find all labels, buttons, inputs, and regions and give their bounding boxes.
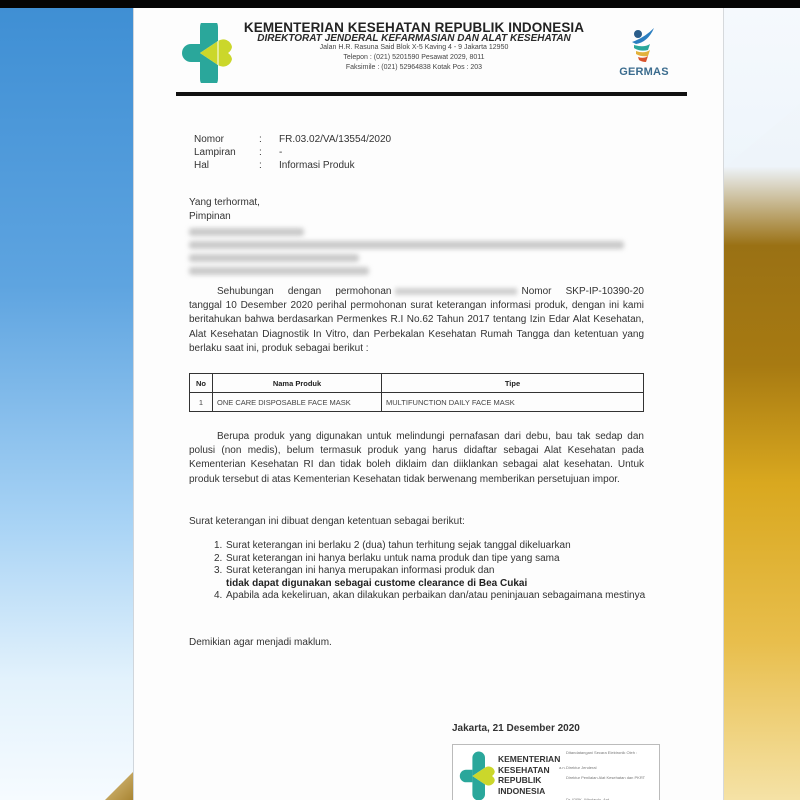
redacted-address-2 (189, 254, 359, 262)
list-item: 4.Apabila ada kekeliruan, akan dilakukan… (214, 590, 654, 603)
kemenkes-logo-icon (457, 751, 499, 800)
table-header: No Nama Produk Tipe (190, 374, 644, 393)
fax-line: Faksimile : (021) 52964838 Kotak Pos : 2… (214, 64, 614, 71)
table-row: 1 ONE CARE DISPOSABLE FACE MASK MULTIFUN… (190, 393, 644, 412)
top-border (0, 0, 800, 8)
meta-nomor: Nomor:FR.03.02/VA/13554/2020 (194, 134, 391, 147)
germas-figure-icon (614, 26, 674, 66)
redacted-address-1 (189, 241, 624, 249)
signature-org: KEMENTERIAN KESEHATAN REPUBLIK INDONESIA (498, 754, 560, 796)
background-left (0, 8, 133, 800)
phone-line: Telepon : (021) 5201590 Pesawat 2029, 80… (214, 54, 614, 61)
redacted-company (189, 228, 304, 236)
letterhead-rule (176, 92, 687, 96)
address-line: Jalan H.R. Rasuna Said Blok X-5 Kaving 4… (214, 44, 614, 51)
letter-meta: Nomor:FR.03.02/VA/13554/2020 Lampiran:- … (194, 134, 391, 173)
directorate-name: DIREKTORAT JENDERAL KEFARMASIAN DAN ALAT… (214, 33, 614, 44)
recipient-block: Yang terhormat, Pimpinan (189, 196, 624, 280)
closing-line: Demikian agar menjadi maklum. (189, 637, 332, 648)
signer-role-1: Direktur Jenderal (566, 765, 596, 770)
on-behalf-label: a.n. (559, 765, 566, 770)
letter-date: Jakarta, 21 Desember 2020 (452, 723, 580, 734)
letter-page: KEMENTERIAN KESEHATAN REPUBLIK INDONESIA… (133, 8, 724, 800)
recipient-title: Pimpinan (189, 210, 624, 224)
signer-role-2: Direktur Penilaian Alat Kesehatan dan PK… (566, 775, 645, 780)
germas-label: GERMAS (614, 66, 674, 78)
terms-list: 1.Surat keterangan ini berlaku 2 (dua) t… (214, 540, 654, 603)
list-item: 1.Surat keterangan ini berlaku 2 (dua) t… (214, 540, 654, 553)
paragraph-request: Sehubungan dengan permohonanNomor SKP-IP… (189, 285, 644, 356)
meta-hal: Hal:Informasi Produk (194, 160, 391, 173)
electronic-signature-box: KEMENTERIAN KESEHATAN REPUBLIK INDONESIA… (452, 744, 660, 800)
redacted-applicant (395, 288, 517, 295)
paragraph-description: Berupa produk yang digunakan untuk melin… (189, 430, 644, 487)
redacted-address-3 (189, 267, 369, 275)
paragraph-terms-intro: Surat keterangan ini dibuat dengan keten… (189, 515, 644, 529)
germas-logo: GERMAS (614, 26, 674, 86)
product-table: No Nama Produk Tipe 1 ONE CARE DISPOSABL… (189, 373, 644, 412)
meta-lampiran: Lampiran:- (194, 147, 391, 160)
signed-by-label: Ditandatangani Secara Elektronik Oleh : (566, 750, 637, 755)
greeting: Yang terhormat, (189, 196, 624, 210)
list-item: 3.Surat keterangan ini hanya merupakan i… (214, 565, 654, 590)
list-item: 2.Surat keterangan ini hanya berlaku unt… (214, 553, 654, 566)
